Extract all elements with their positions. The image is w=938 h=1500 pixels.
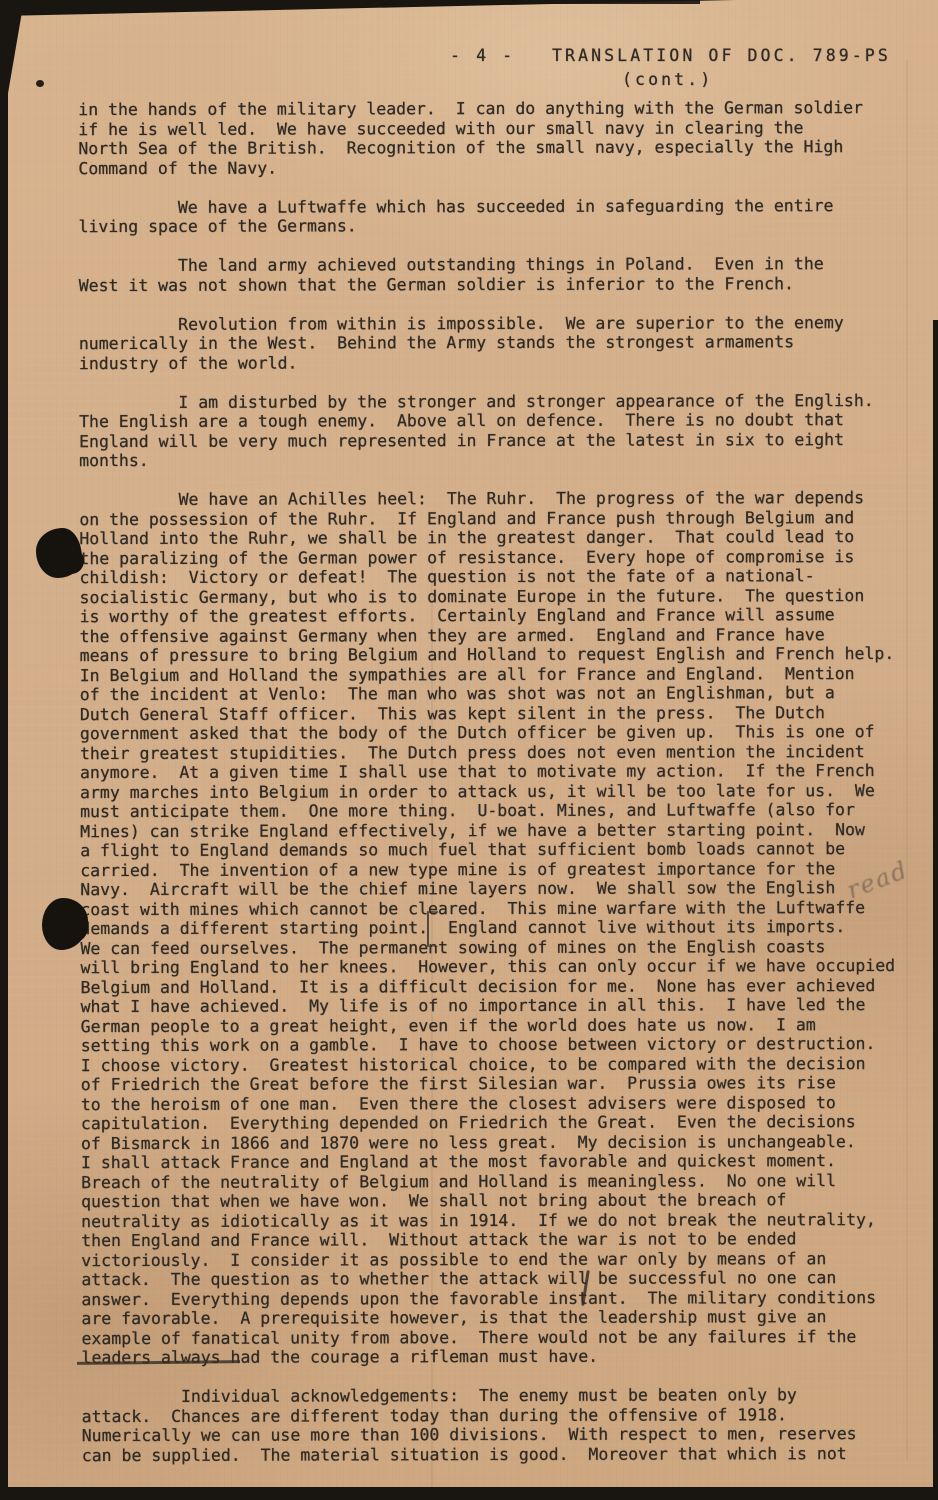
text-line: are favorable. A prerequisite however, i… xyxy=(81,1307,921,1329)
text-line: means of pressure to bring Belgium and H… xyxy=(80,644,920,666)
text-line: German people to a great height, even if… xyxy=(81,1014,921,1036)
text-line: numerically in the West. Behind the Army… xyxy=(79,332,919,354)
text-line: in the hands of the military leader. I c… xyxy=(78,98,918,120)
text-line: Holland into the Ruhr, we shall be in th… xyxy=(79,527,919,549)
text-line xyxy=(79,371,919,393)
text-line: will bring England to her knees. However… xyxy=(80,956,920,978)
text-line: Breach of the neutrality of Belgium and … xyxy=(81,1170,921,1192)
text-line: England will be very much represented in… xyxy=(79,429,919,451)
text-line: of Friedrich the Great before the first … xyxy=(81,1073,921,1095)
text-line: months. xyxy=(79,449,919,471)
text-line: leaders always had the courage a riflema… xyxy=(81,1346,921,1368)
scanned-document-page: - 4 - TRANSLATION OF DOC. 789-PS (cont.)… xyxy=(0,0,938,1500)
text-line: question that when we have won. We shall… xyxy=(81,1190,921,1212)
document-lines: in the hands of the military leader. I c… xyxy=(78,98,922,1465)
text-line: attack. The question as to whether the a… xyxy=(81,1268,921,1290)
text-line: North Sea of the British. Recognition of… xyxy=(78,137,918,159)
text-line xyxy=(79,234,919,256)
scan-edge-left xyxy=(0,0,8,1500)
text-line: The land army achieved outstanding thing… xyxy=(79,254,919,276)
text-line: Belgium and Holland. It is a difficult d… xyxy=(81,975,921,997)
text-line: the paralizing of the German power of re… xyxy=(79,546,919,568)
text-line: victoriously. I consider it as possible … xyxy=(81,1248,921,1270)
text-line: is worthy of the greatest efforts. Certa… xyxy=(80,605,920,627)
scan-edge-top-line xyxy=(0,0,700,4)
text-line: coast with mines which cannot be cleared… xyxy=(80,897,920,919)
text-line: their greatest stupidities. The Dutch pr… xyxy=(80,741,920,763)
text-line: anymore. At a given time I shall use tha… xyxy=(80,761,920,783)
text-line: on the possession of the Ruhr. If Englan… xyxy=(79,507,919,529)
text-line: answer. Everything depends upon the favo… xyxy=(81,1287,921,1309)
text-line: We can feed ourselves. The permanent sow… xyxy=(80,936,920,958)
text-line: can be supplied. The material situation … xyxy=(82,1443,922,1465)
text-line: I choose victory. Greatest historical ch… xyxy=(81,1053,921,1075)
text-line: attack. Chances are different today than… xyxy=(82,1404,922,1426)
text-line: neutrality as idiotically as it was in 1… xyxy=(81,1209,921,1231)
text-line: if he is well led. We have succeeded wit… xyxy=(78,117,918,139)
text-line: We have an Achilles heel: The Ruhr. The … xyxy=(79,488,919,510)
text-line: West it was not shown that the German so… xyxy=(79,273,919,295)
pen-bracket-mark xyxy=(427,911,438,947)
text-line: Mines) can strike England effectively, i… xyxy=(80,819,920,841)
text-line: a flight to England demands so much fuel… xyxy=(80,839,920,861)
text-line: Individual acknowledgements: The enemy m… xyxy=(82,1385,922,1407)
text-line xyxy=(78,176,918,198)
text-line xyxy=(79,293,919,315)
text-line: I shall attack France and England at the… xyxy=(81,1151,921,1173)
text-line: In Belgium and Holland the sympathies ar… xyxy=(80,663,920,685)
text-line: then England and France will. Without at… xyxy=(81,1229,921,1251)
text-line: socialistic Germany, but who is to domin… xyxy=(79,585,919,607)
document-title: TRANSLATION OF DOC. 789-PS xyxy=(552,46,891,65)
text-line: demands a different starting point. Engl… xyxy=(80,917,920,939)
text-line xyxy=(82,1365,922,1387)
page-number: - 4 - xyxy=(450,46,515,65)
scan-edge-right xyxy=(933,320,938,1500)
text-line: of the incident at Venlo: The man who wa… xyxy=(80,683,920,705)
text-line: army marches into Belgium in order to at… xyxy=(80,780,920,802)
text-line: Revolution from within is impossible. We… xyxy=(79,312,919,334)
text-line: carried. The invention of a new type min… xyxy=(80,858,920,880)
text-line: Navy. Aircraft will be the chief mine la… xyxy=(80,878,920,900)
text-line: government asked that the body of the Du… xyxy=(80,722,920,744)
ink-blot-top-lobe xyxy=(58,548,84,574)
text-line xyxy=(79,468,919,490)
text-line: I am disturbed by the stronger and stron… xyxy=(79,390,919,412)
text-line: what I have achieved. My life is of no i… xyxy=(81,995,921,1017)
text-line: Numerically we can use more than 100 div… xyxy=(82,1424,922,1446)
document-title-cont: (cont.) xyxy=(622,70,713,89)
text-line: capitulation. Everything depended on Fri… xyxy=(81,1112,921,1134)
text-line: The English are a tough enemy. Above all… xyxy=(79,410,919,432)
text-line: the offensive against Germany when they … xyxy=(80,624,920,646)
text-line: of Bismarck in 1866 and 1870 were no les… xyxy=(81,1131,921,1153)
text-line: living space of the Germans. xyxy=(79,215,919,237)
text-line: to the heroism of one man. Even there th… xyxy=(81,1092,921,1114)
text-line: Command of the Navy. xyxy=(78,156,918,178)
text-line: industry of the world. xyxy=(79,351,919,373)
scan-edge-bottom xyxy=(0,1487,938,1500)
text-line: setting this work on a gamble. I have to… xyxy=(81,1034,921,1056)
text-line: must anticipate them. One more thing. U-… xyxy=(80,800,920,822)
text-line: example of fanatical unity from above. T… xyxy=(81,1326,921,1348)
text-line: childish: Victory or defeat! The questio… xyxy=(79,566,919,588)
text-line: Dutch General Staff officer. This was ke… xyxy=(80,702,920,724)
text-line: We have a Luftwaffe which has succeeded … xyxy=(78,195,918,217)
ink-speck xyxy=(36,80,44,87)
